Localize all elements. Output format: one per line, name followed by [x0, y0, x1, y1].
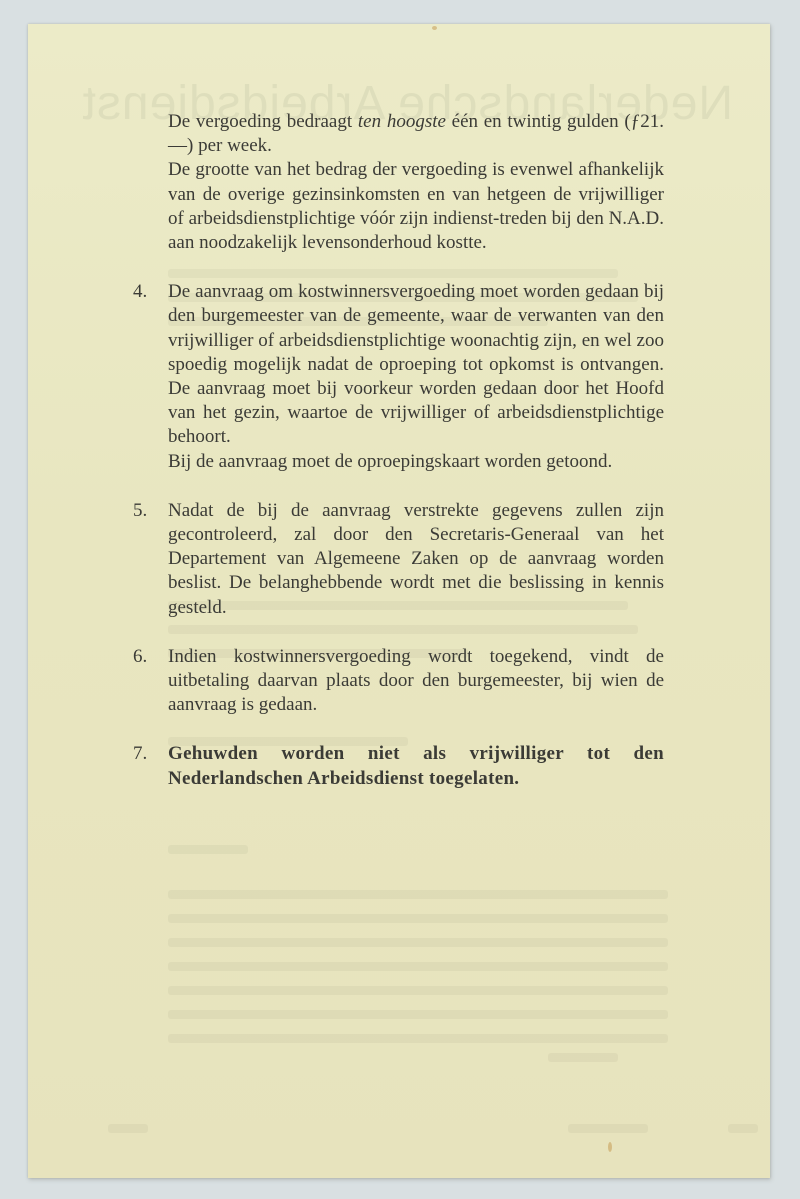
item-paragraph: Nadat de bij de aanvraag verstrekte gege…: [168, 499, 664, 620]
list-item-4: 4. De aanvraag om kostwinnersvergoeding …: [133, 280, 693, 474]
item-body-bold: Gehuwden worden niet als vrijwilliger to…: [168, 742, 664, 790]
list-item-7: 7. Gehuwden worden niet als vrijwilliger…: [133, 742, 693, 790]
emphasis-ten-hoogste: ten hoogste: [358, 111, 446, 132]
item-body: Indien kostwinnersvergoeding wordt toege…: [168, 645, 664, 718]
document-page: Nederlandsche Arbeidsdienst De vergoedin…: [28, 24, 770, 1178]
item-paragraph: Indien kostwinnersvergoeding wordt toege…: [168, 645, 664, 718]
document-body: De vergoeding bedraagt ten hoogste één e…: [133, 110, 693, 791]
item-number: 5.: [133, 499, 168, 620]
item-number: 6.: [133, 645, 168, 718]
item-paragraph: De aanvraag om kostwinnersvergoeding moe…: [168, 280, 664, 449]
item-paragraph: Bij de aanvraag moet de oproepingskaart …: [168, 450, 664, 474]
intro-paragraph-size: De grootte van het bedrag der vergoeding…: [168, 158, 664, 255]
intro-section: De vergoeding bedraagt ten hoogste één e…: [168, 110, 664, 255]
item-paragraph: Gehuwden worden niet als vrijwilliger to…: [168, 742, 664, 790]
intro-paragraph-amount: De vergoeding bedraagt ten hoogste één e…: [168, 110, 664, 158]
item-body: De aanvraag om kostwinnersvergoeding moe…: [168, 280, 664, 474]
list-item-6: 6. Indien kostwinnersvergoeding wordt to…: [133, 645, 693, 718]
item-number: 4.: [133, 280, 168, 474]
item-number: 7.: [133, 742, 168, 790]
item-body: Nadat de bij de aanvraag verstrekte gege…: [168, 499, 664, 620]
list-item-5: 5. Nadat de bij de aanvraag verstrekte g…: [133, 499, 693, 620]
